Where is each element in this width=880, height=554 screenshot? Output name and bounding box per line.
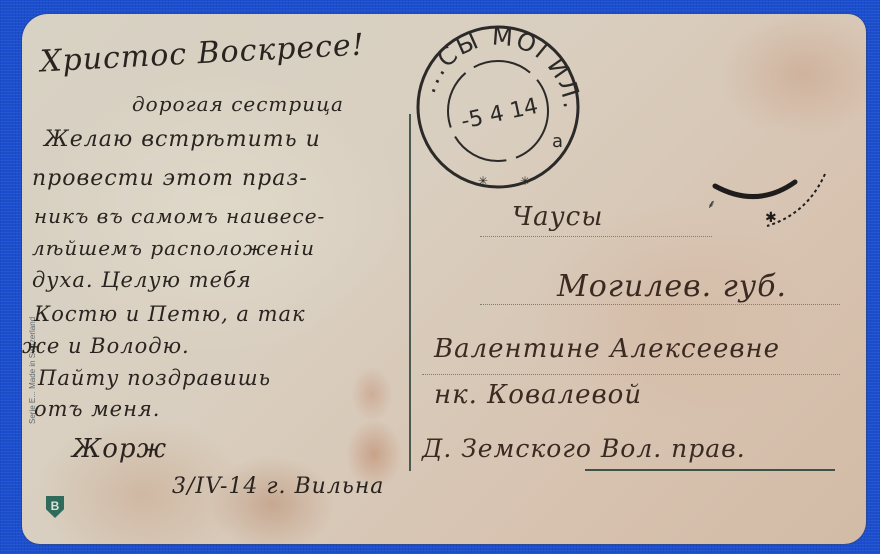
message-line: Пайту поздравишь [38,366,271,390]
message-line: же и Володю. [22,334,190,358]
address-rule [422,374,840,375]
vertical-divider [409,114,411,471]
address-line: Д. Земского Вол. прав. [422,434,746,463]
svg-text:...СЫ МОГИЛ.: ...СЫ МОГИЛ. [413,22,584,111]
message-line: провести этот праз- [32,166,308,191]
address-line: Могилев. губ. [557,269,787,304]
publisher-shield-logo: B [46,496,64,518]
address-rule [480,236,712,237]
message-line: Желаю встрѣтить и [44,127,321,152]
message-line: духа. Целую тебя [32,268,252,292]
postmark-date: -5 4 14 [459,94,540,135]
address-rule [480,304,840,305]
svg-text:✳: ✳ [520,174,530,188]
message-line: лѣйшемъ расположеніи [32,236,315,260]
message-line: дорогая сестрица [132,92,344,116]
postmark-stamp: ...СЫ МОГИЛ. -5 4 14 а ✳ ✳ [412,21,584,193]
message-line: отъ меня. [34,397,160,421]
postcard: Serie E... Made in Switzerland Христос В… [22,14,866,544]
svg-text:✳: ✳ [478,174,488,188]
postmark-town-text: ...СЫ МОГИЛ. [413,22,584,111]
message-line: никъ въ самомъ наивесе- [34,204,325,228]
signature: Жорж [72,434,167,464]
address-line: Чаусы [512,202,603,232]
partial-postmark: ✱ ⸙ [707,164,827,234]
date-place-line: 3/IV-14 г. Вильна [172,474,384,499]
postmark-letter: а [552,131,563,152]
message-line: Костю и Петю, а так [34,302,306,326]
address-line: Валентине Алексеевне [434,334,780,364]
svg-text:⸙: ⸙ [707,197,716,211]
svg-text:✱: ✱ [765,210,777,226]
message-line: Христос Воскресе! [39,28,365,80]
address-line: нк. Ковалевой [434,380,642,410]
address-rule-solid [585,469,835,471]
